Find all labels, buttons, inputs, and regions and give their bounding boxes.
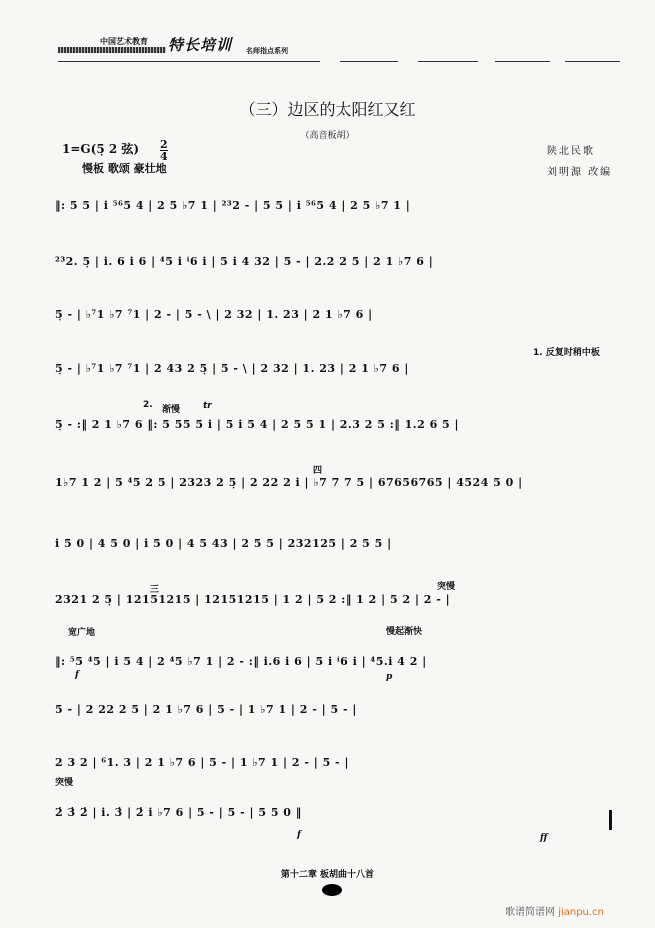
trill-mark: tr: [203, 401, 212, 411]
origin-credit: 陕北民歌: [547, 142, 595, 157]
watermark-cn: 歌谱简谱网: [505, 907, 555, 918]
score-line: 1♭7 1 2 | 5 ⁴5 2 5 | 2323 2 5̣ | 2 22 2 …: [55, 476, 615, 496]
position-mark: 四: [313, 463, 322, 476]
header-rule: [495, 61, 550, 62]
watermark: 歌谱简谱网 jianpu.cn: [505, 903, 604, 918]
dynamic-forte: f: [75, 670, 79, 680]
volta-1-label: 1. 反复时稍中板: [533, 345, 600, 358]
page-number-marker: [322, 884, 342, 896]
score-line: i 5 0 | 4 5 0 | i 5 0 | 4 5 43 | 2 5 5 |…: [55, 537, 615, 557]
score-line: 2321 2 5̣ | 12151215 | 12151215 | 1 2 | …: [55, 593, 615, 613]
volta-2-label: 2.: [143, 400, 153, 410]
broadly-mark: 宽广地: [68, 625, 95, 638]
tempo-marking: 慢板 歌颂 豪壮地: [82, 160, 167, 176]
score-line: 5̣ - :‖ 2 1 ♭7 6 ‖: 5 55 5 i | 5 i 5 4 |…: [55, 418, 615, 438]
watermark-url: jianpu.cn: [558, 907, 604, 918]
final-barline: [609, 810, 612, 830]
sudden-slow-mark: 突慢: [437, 579, 455, 592]
gradual-slow-mark: 渐慢: [162, 402, 180, 415]
arranger-credit: 刘明源 改编: [547, 163, 612, 178]
score-line: ‖: 5 5 | i ⁵⁶5 4 | 2 5 ♭7 1 | ²³2 - | 5 …: [55, 199, 615, 219]
score-line: 2 3 2 | ⁶1. 3 | 2 1 ♭7 6 | 5 - | 1 ♭7 1 …: [55, 756, 615, 776]
brand-logo: 特长培训: [168, 34, 232, 55]
score-line: ²³2. 5̣ | i. 6 i 6 | ⁴5 i ⁱ6 i | 5 i 4 3…: [55, 255, 615, 275]
sudden-slow-mark: 突慢: [55, 775, 73, 788]
score-line: 5̣ - | ♭⁷1 ♭7 ⁷1 | 2 - | 5 - \ | 2 32 | …: [55, 308, 615, 328]
slow-then-faster-mark: 慢起渐快: [386, 624, 422, 637]
header-rule: [340, 61, 398, 62]
score-line: ‖: ⁵5 ⁴5 | i 5 4 | 2 ⁴5 ♭7 1 | 2 - :‖ i.…: [55, 655, 615, 675]
publisher-name: 中国艺术教育: [100, 36, 148, 47]
score-line: 2̇ 3̇ 2̇ | i. 3̇ | 2̇ i ♭7 6 | 5 - | 5 -…: [55, 806, 615, 826]
score-line: 5̣ - | ♭⁷1 ♭7 ⁷1 | 2 43 2 5̣ | 5 - \ | 2…: [55, 362, 615, 382]
dynamic-piano: p: [386, 672, 392, 682]
dynamic-forte: f: [297, 830, 301, 840]
header-rule: [418, 61, 478, 62]
piece-title: （三）边区的太阳红又红: [0, 97, 655, 120]
header-decoration: [58, 47, 166, 53]
score-line: 5 - | 2 22 2 5 | 2 1 ♭7 6 | 5 - | 1 ♭7 1…: [55, 703, 615, 723]
chapter-footer: 第十二章 板胡曲十八首: [0, 867, 655, 880]
header-rule: [58, 61, 320, 62]
dynamic-fortissimo: ff: [540, 833, 547, 843]
series-name: 名师指点系列: [246, 46, 288, 56]
header-rule: [565, 61, 620, 62]
time-signature: 2 4: [160, 139, 168, 162]
publisher-header: 中国艺术教育 特长培训 名师指点系列: [58, 38, 258, 52]
key-signature: 1=G(5̣ 2 弦): [62, 140, 139, 157]
